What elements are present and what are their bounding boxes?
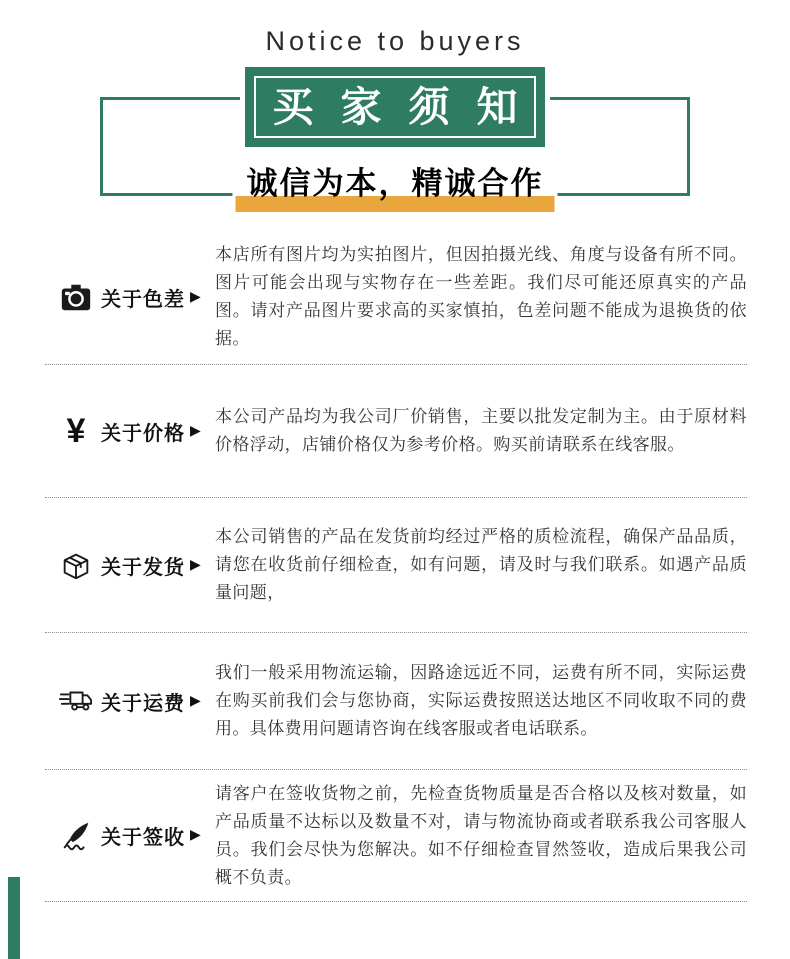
title-banner: 买家须知 [245, 67, 545, 147]
buyer-notice-page: Notice to buyers 买家须知 诚信为本，精诚合作 关于色差 [0, 0, 790, 959]
section-text: 本店所有图片均为实拍图片，但因拍摄光线、角度与设备有所不同。图片可能会出现与实物… [215, 241, 747, 353]
section-text: 本公司销售的产品在发货前均经过严格的质检流程，确保产品品质，请您在收货前仔细检查… [215, 523, 747, 607]
section-price: ¥ 关于价格 ▶ 本公司产品均为我公司厂价销售，主要以批发定制为主。由于原材料价… [45, 365, 747, 498]
section-label: 关于运费 [101, 687, 185, 716]
section-sign-receipt: 关于签收 ▶ 请客户在签收货物之前，先检查货物质量是否合格以及核对数量，如产品质… [45, 770, 747, 902]
section-head: 关于发货 ▶ [58, 547, 215, 583]
section-head: 关于签收 ▶ [58, 818, 215, 854]
section-head: 关于色差 ▶ [58, 279, 215, 315]
notice-sections: 关于色差 ▶ 本店所有图片均为实拍图片，但因拍摄光线、角度与设备有所不同。图片可… [45, 230, 747, 902]
section-text: 本公司产品均为我公司厂价销售，主要以批发定制为主。由于原材料价格浮动，店铺价格仅… [215, 403, 747, 459]
arrow-right-icon: ▶ [190, 692, 201, 709]
corner-accent-bar [8, 877, 20, 959]
arrow-right-icon: ▶ [190, 288, 201, 305]
section-freight: 关于运费 ▶ 我们一般采用物流运输，因路途远近不同，运费有所不同，实际运费在购买… [45, 633, 747, 770]
arrow-right-icon: ▶ [190, 556, 201, 573]
section-color-difference: 关于色差 ▶ 本店所有图片均为实拍图片，但因拍摄光线、角度与设备有所不同。图片可… [45, 230, 747, 365]
section-text: 请客户在签收货物之前，先检查货物质量是否合格以及核对数量，如产品质量不达标以及数… [215, 780, 747, 892]
slogan-text: 诚信为本，精诚合作 [247, 164, 544, 204]
package-icon [58, 547, 94, 583]
section-label: 关于签收 [101, 821, 185, 850]
yuan-icon: ¥ [58, 413, 94, 449]
truck-icon [58, 683, 94, 719]
arrow-right-icon: ▶ [190, 422, 201, 439]
section-label: 关于发货 [101, 551, 185, 580]
camera-icon [58, 279, 94, 315]
quill-icon [58, 818, 94, 854]
arrow-right-icon: ▶ [190, 826, 201, 843]
section-label: 关于价格 [101, 417, 185, 446]
slogan: 诚信为本，精诚合作 [233, 164, 558, 214]
section-head: 关于运费 ▶ [58, 683, 215, 719]
subtitle-english: Notice to buyers [0, 26, 790, 57]
section-head: ¥ 关于价格 ▶ [58, 413, 215, 449]
section-label: 关于色差 [101, 283, 185, 312]
section-text: 我们一般采用物流运输，因路途远近不同，运费有所不同，实际运费在购买前我们会与您协… [215, 659, 747, 743]
page-title: 买家须知 [273, 87, 545, 128]
section-shipping: 关于发货 ▶ 本公司销售的产品在发货前均经过严格的质检流程，确保产品品质，请您在… [45, 498, 747, 633]
